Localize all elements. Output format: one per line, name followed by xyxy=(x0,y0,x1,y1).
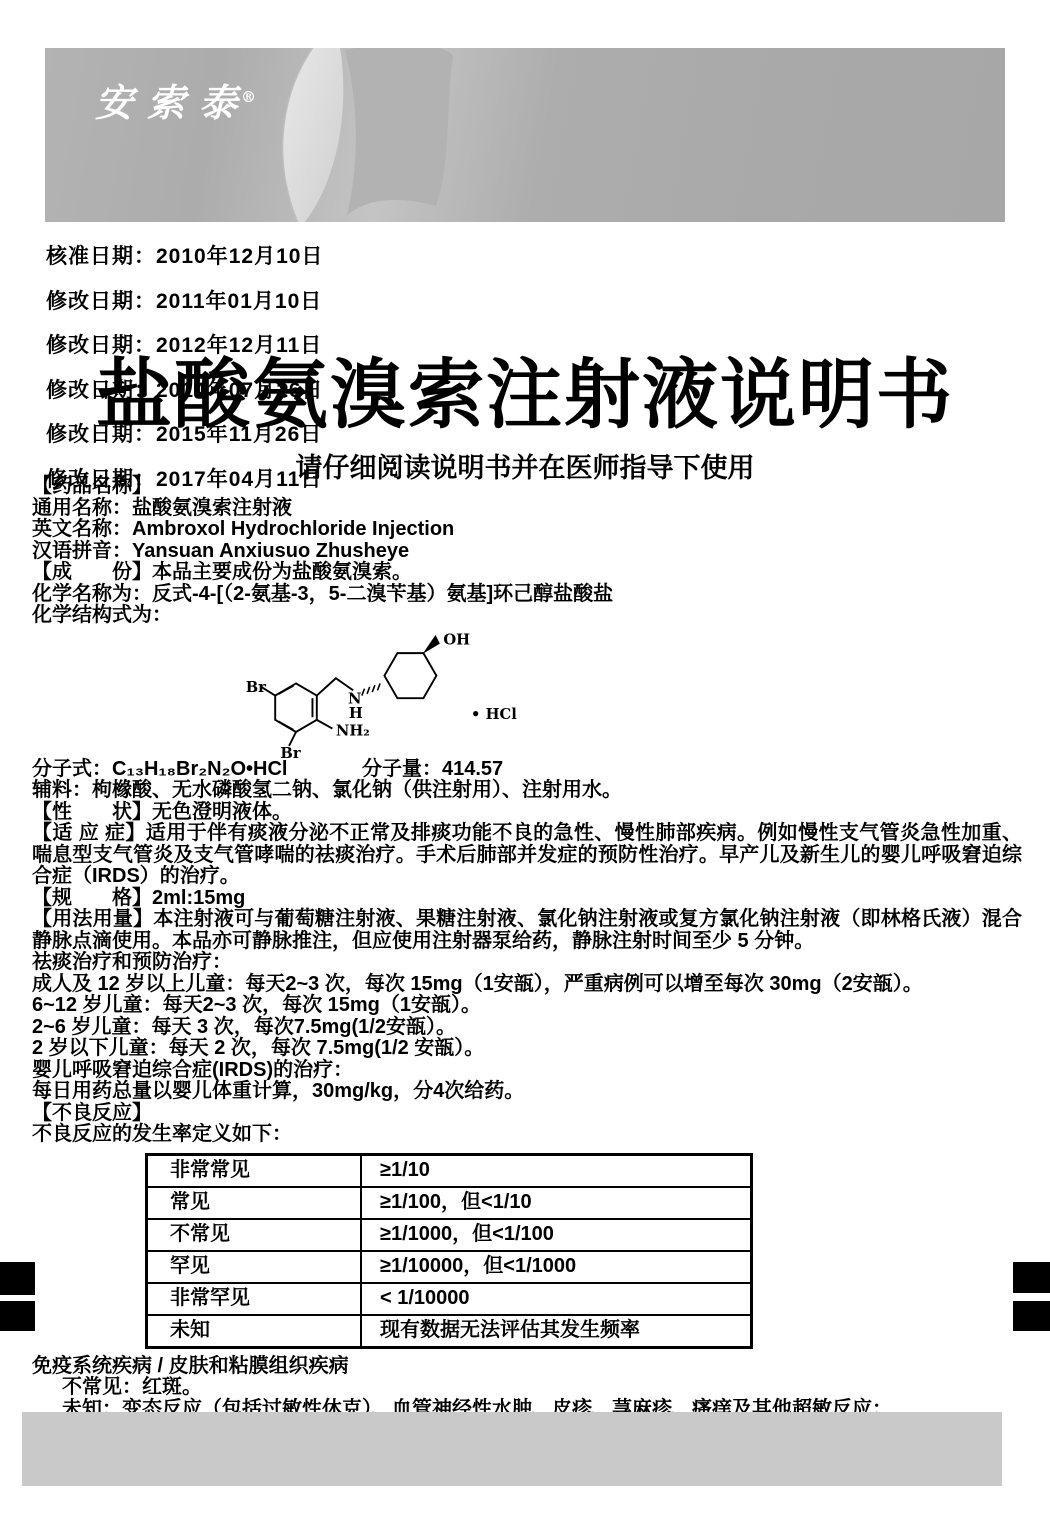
molecular-formula-line: 分子式：C₁₃H₁₈Br₂N₂O•HCl分子量：414.57 xyxy=(32,759,1022,781)
expectorant-header: 祛痰治疗和预防治疗： xyxy=(32,952,1022,974)
adverse-frequency-table: 非常常见 ≥1/10 常见 ≥1/100，但<1/10 不常见 ≥1/1000，… xyxy=(145,1153,753,1349)
frequency-range-cell: ≥1/1000，但<1/100 xyxy=(361,1219,752,1251)
atom-label-br-bottom: Br xyxy=(280,744,300,757)
properties-line: 【性 状】无色澄明液体。 xyxy=(32,802,1022,824)
frequency-range-cell: ≥1/100，但<1/10 xyxy=(361,1187,752,1219)
immune-system-header: 免疫系统疾病 / 皮肤和粘膜组织疾病 xyxy=(32,1356,1022,1378)
frequency-range-cell: ≥1/10000，但<1/1000 xyxy=(361,1251,752,1283)
generic-name-line: 通用名称：盐酸氨溴索注射液 xyxy=(32,498,1022,520)
header-banner: 安索泰® xyxy=(45,48,1005,222)
english-name-line: 英文名称：Ambroxol Hydrochloride Injection xyxy=(32,519,1022,541)
dosage-line: 2~6 岁儿童：每天 3 次，每次7.5mg(1/2安瓿）。 xyxy=(32,1017,1022,1039)
indications-paragraph: 【适 应 症】适用于伴有痰液分泌不正常及排痰功能不良的急性、慢性肺部疾病。例如慢… xyxy=(32,823,1022,888)
footer-band xyxy=(22,1412,1002,1486)
chemical-structure: Br Br NH₂ N H OH • HCl xyxy=(32,627,1022,759)
structure-label-line: 化学结构式为： xyxy=(32,605,1022,627)
brand-logo-text: 安索泰 xyxy=(95,80,251,125)
crop-mark xyxy=(1013,1262,1050,1293)
section-heading-drug-name: 【药品名称】 xyxy=(32,476,1022,498)
frequency-term-cell: 未知 xyxy=(147,1315,362,1348)
excipients-line: 辅料：枸橼酸、无水磷酸氢二钠、氯化钠（供注射用）、注射用水。 xyxy=(32,780,1022,802)
page-title: 盐酸氨溴索注射液说明书 xyxy=(0,350,1050,442)
atom-label-nh2: NH₂ xyxy=(336,722,370,739)
dosage-intro-paragraph: 【用法用量】本注射液可与葡萄糖注射液、果糖注射液、氯化钠注射液或复方氯化钠注射液… xyxy=(32,909,1022,952)
specification-line: 【规 格】2ml:15mg xyxy=(32,888,1022,910)
frequency-term-cell: 罕见 xyxy=(147,1251,362,1283)
table-row: 非常常见 ≥1/10 xyxy=(147,1154,752,1187)
table-row: 未知 现有数据无法评估其发生频率 xyxy=(147,1315,752,1348)
molecular-weight: 分子量：414.57 xyxy=(362,758,503,780)
dosage-line: 2 岁以下儿童：每天 2 次，每次 7.5mg(1/2 安瓿）。 xyxy=(32,1038,1022,1060)
dosage-line: 成人及 12 岁以上儿童：每天2~3 次，每次 15mg（1安瓿），严重病例可以… xyxy=(32,974,1022,996)
frequency-term-cell: 非常常见 xyxy=(147,1154,362,1187)
date-line: 核准日期：2010年12月10日 xyxy=(46,245,323,269)
composition-line: 【成 份】本品主要成份为盐酸氨溴索。 xyxy=(32,562,1022,584)
table-row: 常见 ≥1/100，但<1/10 xyxy=(147,1187,752,1219)
adverse-intro-line: 不良反应的发生率定义如下： xyxy=(32,1124,1022,1146)
date-line: 修改日期：2011年01月10日 xyxy=(46,290,323,314)
crop-mark xyxy=(0,1301,35,1331)
hcl-salt-label: • HCl xyxy=(471,705,517,722)
dosage-line: 6~12 岁儿童：每天2~3 次，每次 15mg（1安瓿）。 xyxy=(32,995,1022,1017)
frequency-range-cell: < 1/10000 xyxy=(361,1283,752,1315)
atom-label-br-top: Br xyxy=(246,679,266,696)
leaflet-body: 【药品名称】 通用名称：盐酸氨溴索注射液 英文名称：Ambroxol Hydro… xyxy=(32,476,1022,1420)
frequency-range-cell: 现有数据无法评估其发生频率 xyxy=(361,1315,752,1348)
frequency-range-cell: ≥1/10 xyxy=(361,1154,752,1187)
chemical-name-line: 化学名称为：反式-4-[（2-氨基-3，5-二溴苄基）氨基]环己醇盐酸盐 xyxy=(32,584,1022,606)
frequency-term-cell: 非常罕见 xyxy=(147,1283,362,1315)
brand-logo: 安索泰® xyxy=(95,72,256,127)
atom-label-h: H xyxy=(349,705,363,722)
crop-mark xyxy=(0,1262,35,1295)
frequency-term-cell: 常见 xyxy=(147,1187,362,1219)
registered-trademark-icon: ® xyxy=(241,88,256,106)
table-row: 罕见 ≥1/10000，但<1/1000 xyxy=(147,1251,752,1283)
table-row: 非常罕见 < 1/10000 xyxy=(147,1283,752,1315)
crop-mark xyxy=(1013,1301,1050,1331)
molecular-formula: 分子式：C₁₃H₁₈Br₂N₂O•HCl xyxy=(32,759,362,781)
table-row: 不常见 ≥1/1000，但<1/100 xyxy=(147,1219,752,1251)
atom-label-oh: OH xyxy=(443,631,470,648)
irds-header: 婴儿呼吸窘迫综合症(IRDS)的治疗： xyxy=(32,1060,1022,1082)
uncommon-reactions-line: 不常见：红斑。 xyxy=(32,1377,1022,1399)
section-heading-adverse: 【不良反应】 xyxy=(32,1103,1022,1125)
frequency-term-cell: 不常见 xyxy=(147,1219,362,1251)
fabric-graphic xyxy=(250,48,550,222)
irds-dosage-line: 每日用药总量以婴儿体重计算，30mg/kg，分4次给药。 xyxy=(32,1081,1022,1103)
pinyin-name-line: 汉语拼音：Yansuan Anxiusuo Zhusheye xyxy=(32,541,1022,563)
chemical-structure-drawing: Br Br NH₂ N H OH • HCl xyxy=(244,628,521,758)
